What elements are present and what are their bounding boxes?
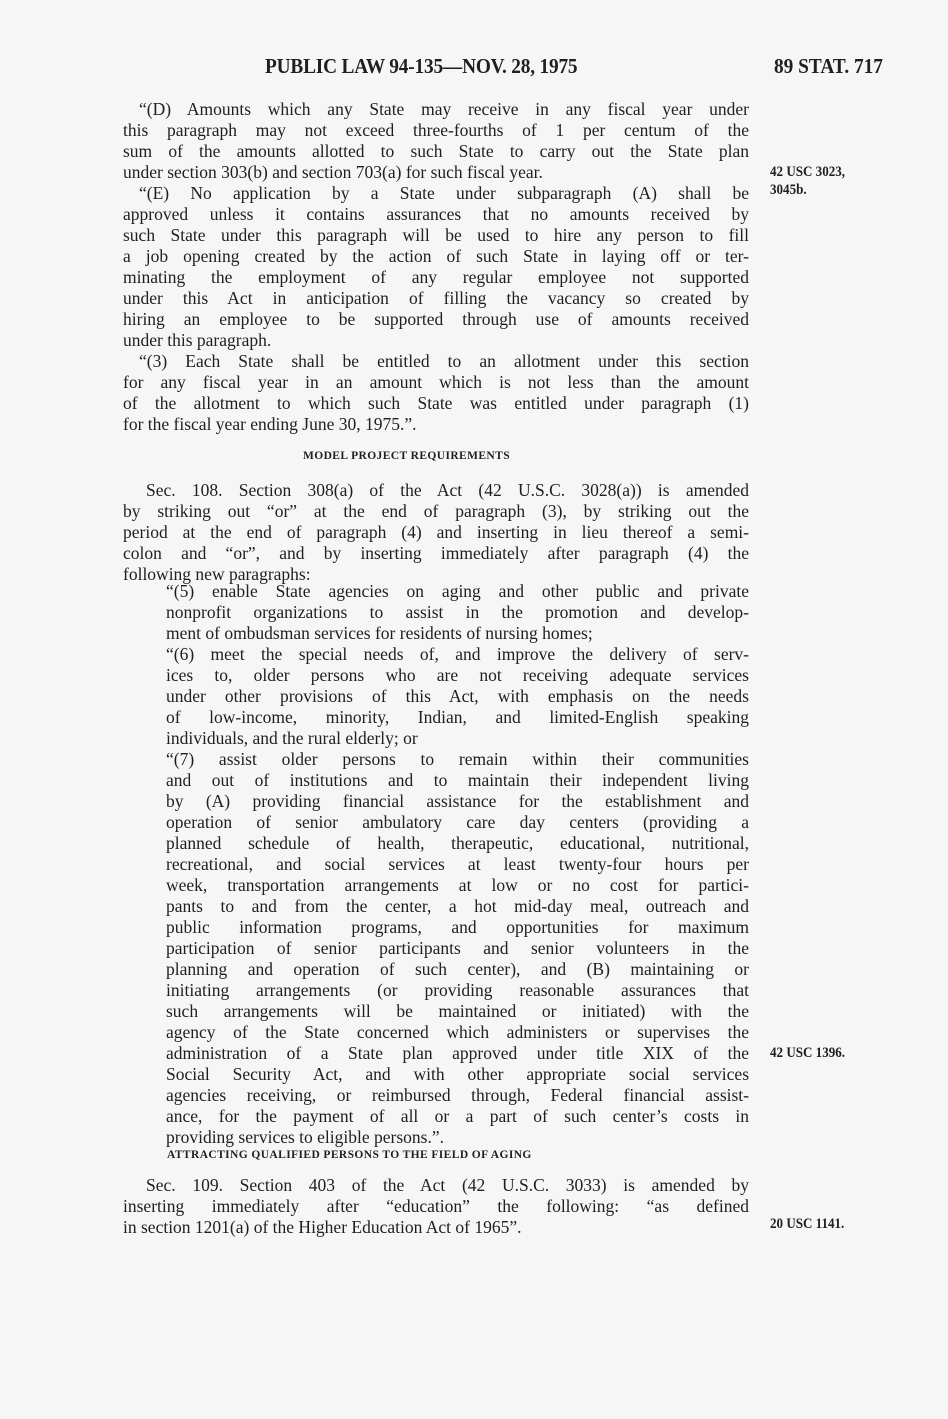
text-line: minating the employment of any regular e… [123, 267, 749, 287]
text-line: such arrangements will be maintained or … [166, 1001, 749, 1021]
text-line: under this paragraph. [123, 330, 749, 350]
text-line: of low-income, minority, Indian, and lim… [166, 707, 749, 727]
document-page: PUBLIC LAW 94-135—NOV. 28, 1975 89 STAT.… [0, 0, 948, 1419]
text-line: nonprofit organizations to assist in the… [166, 602, 749, 622]
text-line: Sec. 109. Section 403 of the Act (42 U.S… [146, 1175, 749, 1195]
text-line: planning and operation of such center), … [166, 959, 749, 979]
text-line: individuals, and the rural elderly; or [166, 728, 749, 748]
margin-citation: 42 USC 3023, [770, 164, 845, 181]
text-line: initiating arrangements (or providing re… [166, 980, 749, 1000]
text-line: agency of the State concerned which admi… [166, 1022, 749, 1042]
text-line: under this Act in anticipation of fillin… [123, 288, 749, 308]
text-line: “(E) No application by a State under sub… [139, 183, 749, 203]
text-line: this paragraph may not exceed three-four… [123, 120, 749, 140]
text-line: inserting immediately after “education” … [123, 1196, 749, 1216]
text-line: public information programs, and opportu… [166, 917, 749, 937]
text-line: “(D) Amounts which any State may receive… [139, 99, 749, 119]
text-line: ment of ombudsman services for residents… [166, 623, 749, 643]
text-line: for the fiscal year ending June 30, 1975… [123, 414, 749, 434]
text-line: “(6) meet the special needs of, and impr… [166, 644, 749, 664]
text-line: by (A) providing financial assistance fo… [166, 791, 749, 811]
text-line: by striking out “or” at the end of parag… [123, 501, 749, 521]
text-line: “(3) Each State shall be entitled to an … [139, 351, 749, 371]
text-line: week, transportation arrangements at low… [166, 875, 749, 895]
running-header-title: PUBLIC LAW 94-135—NOV. 28, 1975 [265, 54, 577, 79]
text-line: under other provisions of this Act, with… [166, 686, 749, 706]
section-heading: ATTRACTING QUALIFIED PERSONS TO THE FIEL… [167, 1149, 532, 1161]
text-line: colon and “or”, and by inserting immedia… [123, 543, 749, 563]
text-line: a job opening created by the action of s… [123, 246, 749, 266]
text-line: operation of senior ambulatory care day … [166, 812, 749, 832]
text-line: administration of a State plan approved … [166, 1043, 749, 1063]
text-line: such State under this paragraph will be … [123, 225, 749, 245]
section-heading: MODEL PROJECT REQUIREMENTS [303, 450, 510, 462]
text-line: hiring an employee to be supported throu… [123, 309, 749, 329]
margin-citation: 3045b. [770, 182, 807, 199]
statute-page-number: 89 STAT. 717 [774, 54, 883, 79]
text-line: agencies receiving, or reimbursed throug… [166, 1085, 749, 1105]
text-line: participation of senior participants and… [166, 938, 749, 958]
text-line: ance, for the payment of all or a part o… [166, 1106, 749, 1126]
text-line: for any fiscal year in an amount which i… [123, 372, 749, 392]
text-line: providing services to eligible persons.”… [166, 1127, 749, 1147]
text-line: planned schedule of health, therapeutic,… [166, 833, 749, 853]
text-line: and out of institutions and to maintain … [166, 770, 749, 790]
text-line: Social Security Act, and with other appr… [166, 1064, 749, 1084]
text-line: sum of the amounts allotted to such Stat… [123, 141, 749, 161]
text-line: of the allotment to which such State was… [123, 393, 749, 413]
margin-citation: 42 USC 1396. [770, 1045, 845, 1062]
text-line: pants to and from the center, a hot mid-… [166, 896, 749, 916]
text-line: “(7) assist older persons to remain with… [166, 749, 749, 769]
text-line: “(5) enable State agencies on aging and … [166, 581, 749, 601]
margin-citation: 20 USC 1141. [770, 1216, 844, 1233]
text-line: ices to, older persons who are not recei… [166, 665, 749, 685]
text-line: period at the end of paragraph (4) and i… [123, 522, 749, 542]
text-line: recreational, and social services at lea… [166, 854, 749, 874]
text-line: Sec. 108. Section 308(a) of the Act (42 … [146, 480, 749, 500]
text-line: under section 303(b) and section 703(a) … [123, 162, 749, 182]
text-line: in section 1201(a) of the Higher Educati… [123, 1217, 749, 1237]
text-line: approved unless it contains assurances t… [123, 204, 749, 224]
